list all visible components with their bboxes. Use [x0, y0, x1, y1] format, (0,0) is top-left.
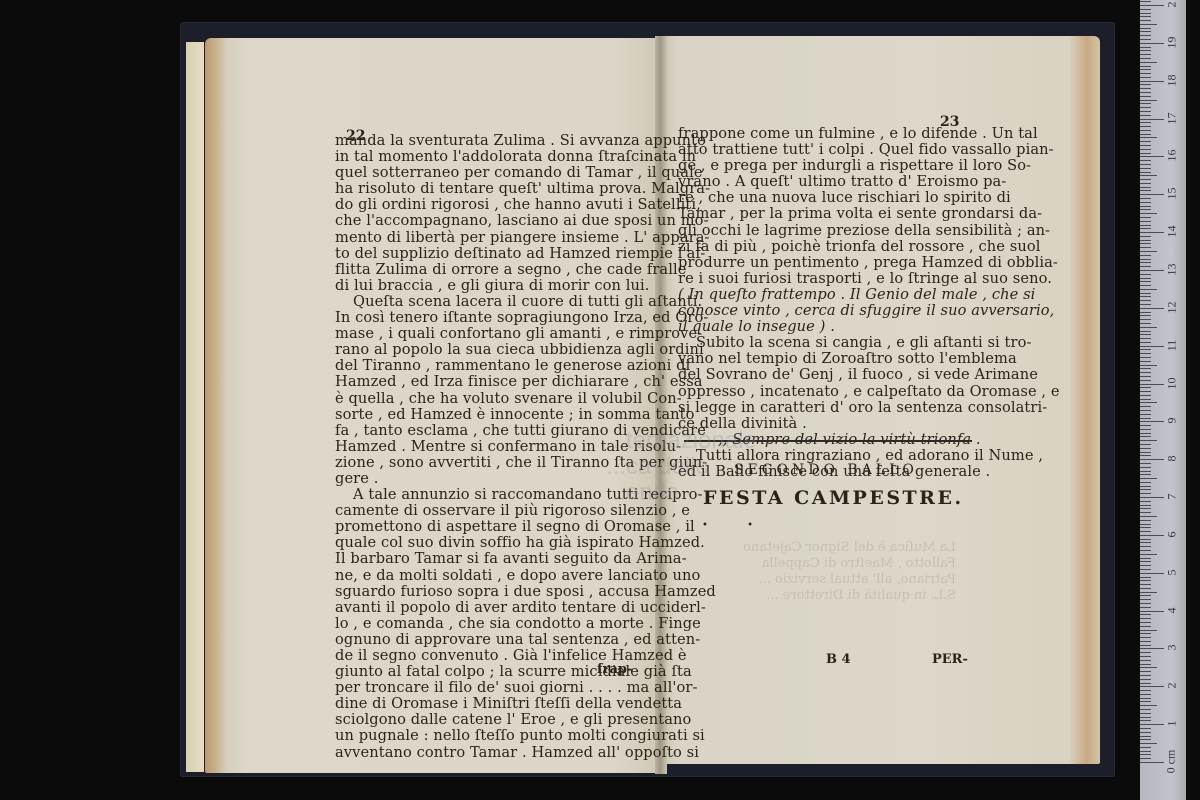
ruler-tick — [1140, 111, 1151, 112]
ruler-tick — [1140, 410, 1151, 411]
ruler-tick — [1140, 637, 1151, 638]
text-line: zione , sono avvertiti , che il Tiranno … — [335, 455, 641, 471]
ruler-tick — [1140, 384, 1164, 385]
ruler-tick — [1140, 535, 1164, 536]
text-line: avanti il popolo di aver ardito tentare … — [335, 600, 641, 616]
ruler-tick — [1140, 577, 1151, 578]
ruler-tick — [1140, 429, 1151, 430]
ruler-tick — [1140, 660, 1151, 661]
ruler-tick — [1140, 134, 1151, 135]
ruler-tick — [1140, 505, 1151, 506]
ruler-tick — [1140, 236, 1151, 237]
ruler-tick — [1140, 569, 1151, 570]
text-line: di lui braccia , e gli giura di morir co… — [335, 278, 641, 294]
ruler-tick — [1140, 754, 1151, 755]
text-line: del Sovrano de' Genj , il fuoco , si ved… — [678, 367, 974, 383]
text-line: vrano . A queſt' ultimo tratto d' Eroism… — [678, 174, 974, 190]
ruler-tick — [1140, 327, 1157, 328]
ruler-tick — [1140, 618, 1151, 619]
text-line: è quella , che ha voluto svenare il volu… — [335, 391, 641, 407]
ruler-tick — [1140, 595, 1151, 596]
ruler-tick — [1140, 414, 1151, 415]
ruler-tick — [1140, 137, 1157, 138]
text-line: sguardo furioso sopra i due sposi , accu… — [335, 584, 641, 600]
ruler-tick — [1140, 607, 1151, 608]
ruler-tick — [1140, 664, 1151, 665]
ruler-label: 4 — [1165, 600, 1180, 620]
text-line: ( In queſto frattempo . Il Genio del mal… — [678, 287, 974, 303]
ruler-tick — [1140, 24, 1157, 25]
measurement-ruler: 0 cm123456789101112131415161718192 — [1140, 0, 1186, 800]
ruler-tick — [1140, 758, 1151, 759]
ruler-tick — [1140, 289, 1157, 290]
ruler-tick — [1140, 406, 1151, 407]
ruler-label: 18 — [1165, 70, 1180, 90]
text-line: do gli ordini rigorosi , che hanno avuti… — [335, 197, 641, 213]
text-line: conosce vinto , cerca di sfuggire il suo… — [678, 303, 974, 319]
ruler-tick — [1140, 501, 1151, 502]
ruler-tick — [1140, 43, 1164, 44]
text-line: promettono di aspettare il segno di Orom… — [335, 519, 641, 535]
ruler-label: 15 — [1165, 184, 1180, 204]
section-subtitle: SECONDO BALLO — [734, 462, 918, 478]
left-page-body: manda la sventurata Zulima . Si avvanza … — [335, 133, 641, 761]
left-catchword: frap- — [597, 662, 632, 677]
ruler-tick — [1140, 183, 1151, 184]
ruler-tick — [1140, 520, 1151, 521]
ruler-tick — [1140, 319, 1151, 320]
ruler-tick — [1140, 580, 1151, 581]
ruler-tick — [1140, 645, 1151, 646]
ruler-tick — [1140, 16, 1151, 17]
ruler-tick — [1140, 293, 1151, 294]
text-line: avventano contro Tamar . Hamzed all' opp… — [335, 745, 641, 761]
ruler-tick — [1140, 281, 1151, 282]
ruler-tick — [1140, 561, 1151, 562]
ruler-tick — [1140, 425, 1151, 426]
text-line: giunto al fatal colpo ; la scurre micidi… — [335, 664, 641, 680]
ruler-tick — [1140, 20, 1151, 21]
ruler-tick — [1140, 172, 1151, 173]
ruler-tick — [1140, 720, 1151, 721]
text-line: flitta Zulima di orrore a segno , che ca… — [335, 262, 641, 278]
ruler-tick — [1140, 486, 1151, 487]
ruler-tick — [1140, 527, 1151, 528]
ruler-tick — [1140, 558, 1151, 559]
ruler-tick — [1140, 455, 1151, 456]
ruler-tick — [1140, 206, 1151, 207]
ruler-tick — [1140, 149, 1151, 150]
ruler-tick — [1140, 209, 1151, 210]
text-line: sorte , ed Hamzed è innocente ; in somma… — [335, 407, 641, 423]
ruler-tick — [1140, 508, 1151, 509]
text-line: del Tiranno , rammentano le generose azi… — [335, 358, 641, 374]
ruler-tick — [1140, 399, 1151, 400]
ruler-tick — [1140, 130, 1151, 131]
ruler-label: 10 — [1165, 373, 1180, 393]
ruler-tick — [1140, 194, 1164, 195]
show-through-text: La Muſica è del Signor Cajetano Fallotto… — [696, 540, 956, 640]
ruler-tick — [1140, 512, 1151, 513]
ruler-tick — [1140, 266, 1151, 267]
ruler-tick — [1140, 690, 1151, 691]
ruler-tick — [1140, 614, 1151, 615]
ruler-tick — [1140, 599, 1151, 600]
text-line: camente di osservare il più rigoroso sil… — [335, 503, 641, 519]
ruler-tick — [1140, 312, 1151, 313]
ruler-tick — [1140, 153, 1151, 154]
ruler-tick — [1140, 539, 1151, 540]
ruler-tick — [1140, 467, 1151, 468]
ruler-tick — [1140, 630, 1157, 631]
ruler-tick — [1140, 709, 1151, 710]
text-line: Queſta scena lacera il cuore di tutti gl… — [335, 294, 641, 310]
ruler-tick — [1140, 50, 1151, 51]
text-line: si legge in caratteri d' oro la sentenza… — [678, 400, 974, 416]
text-line: In così tenero iſtante sopragiungono Irz… — [335, 310, 641, 326]
ruler-tick — [1140, 372, 1151, 373]
ruler-tick — [1140, 402, 1157, 403]
ruler-tick — [1140, 251, 1157, 252]
ruler-tick — [1140, 304, 1151, 305]
ruler-label: 9 — [1165, 411, 1180, 431]
ruler-label: 3 — [1165, 638, 1180, 658]
ruler-tick — [1140, 96, 1151, 97]
text-line: che l'accompagnano, lasciano ai due spos… — [335, 213, 641, 229]
ruler-tick — [1140, 308, 1164, 309]
text-line: re i suoi furiosi trasporti , e lo ſtrin… — [678, 271, 974, 287]
ruler-tick — [1140, 213, 1157, 214]
ruler-tick — [1140, 247, 1151, 248]
ruler-tick — [1140, 565, 1151, 566]
ruler-tick — [1140, 436, 1151, 437]
ruler-tick — [1140, 679, 1151, 680]
ruler-tick — [1140, 13, 1151, 14]
text-line: quale col suo divin soffio ha già ispira… — [335, 535, 641, 551]
ruler-tick — [1140, 452, 1151, 453]
ruler-tick — [1140, 331, 1151, 332]
text-line: gli occhi le lagrime preziose della sens… — [678, 223, 974, 239]
ruler-tick — [1140, 516, 1157, 517]
ruler-tick — [1140, 73, 1151, 74]
text-line: per troncare il filo de' suoi giorni . .… — [335, 680, 641, 696]
text-line: ha risoluto di tentare queſt' ultima pro… — [335, 181, 641, 197]
text-line: de il segno convenuto . Già l'infelice H… — [335, 648, 641, 664]
text-line: Il barbaro Tamar si fa avanti seguito da… — [335, 551, 641, 567]
ruler-tick — [1140, 160, 1151, 161]
ruler-tick — [1140, 747, 1151, 748]
ruler-tick — [1140, 361, 1151, 362]
ruler-tick — [1140, 546, 1151, 547]
ruler-tick — [1140, 448, 1151, 449]
right-catchword: PER- — [932, 652, 968, 667]
text-line: fa , tanto esclama , che tutti giurano d… — [335, 423, 641, 439]
ruler-tick — [1140, 641, 1151, 642]
ruler-tick — [1140, 493, 1151, 494]
ruler-tick — [1140, 278, 1151, 279]
ruler-label: 5 — [1165, 562, 1180, 582]
ruler-tick — [1140, 81, 1164, 82]
ruler-tick — [1140, 368, 1151, 369]
text-line: mento di libertà per piangere insieme . … — [335, 230, 641, 246]
text-line: to del supplizio deſtinato ad Hamzed rie… — [335, 246, 641, 262]
ruler-tick — [1140, 296, 1151, 297]
ruler-tick — [1140, 459, 1164, 460]
ruler-tick — [1140, 705, 1157, 706]
ruler-tick — [1140, 179, 1151, 180]
ruler-tick — [1140, 717, 1151, 718]
ruler-tick — [1140, 145, 1151, 146]
ruler-label: 17 — [1165, 108, 1180, 128]
ruler-tick — [1140, 474, 1151, 475]
ruler-tick — [1140, 444, 1151, 445]
ornament-dots: • • — [702, 520, 771, 531]
ruler-tick — [1140, 603, 1151, 604]
text-line: ge , e prega per indurgli a rispettare i… — [678, 158, 974, 174]
ruler-tick — [1140, 626, 1151, 627]
text-line: vano nel tempio di Zoroaſtro sotto l'emb… — [678, 351, 974, 367]
ruler-tick — [1140, 346, 1164, 347]
ruler-tick — [1140, 622, 1151, 623]
ruler-tick — [1140, 592, 1157, 593]
ruler-label: 2 — [1165, 0, 1180, 15]
ruler-tick — [1140, 217, 1151, 218]
text-line: quel sotterraneo per comando di Tamar , … — [335, 165, 641, 181]
text-line: rano al popolo la sua cieca ubbidienza a… — [335, 342, 641, 358]
ruler-tick — [1140, 667, 1157, 668]
ruler-label: 11 — [1165, 335, 1180, 355]
ruler-tick — [1140, 9, 1151, 10]
ruler-tick — [1140, 724, 1164, 725]
ruler-tick — [1140, 202, 1151, 203]
text-line: il quale lo insegue ) . — [678, 319, 974, 335]
text-line: Subito la scena si cangia , e gli aſtant… — [678, 335, 974, 351]
ruler-tick — [1140, 1, 1151, 2]
ruler-tick — [1140, 156, 1164, 157]
text-line: dine di Oromase i Miniſtri ſteſſi della … — [335, 696, 641, 712]
text-line: mase , i quali confortano gli amanti , e… — [335, 326, 641, 342]
ruler-tick — [1140, 35, 1151, 36]
text-line: oppresso , incatenato , e calpeſtato da … — [678, 384, 974, 400]
ruler-tick — [1140, 482, 1151, 483]
ruler-tick — [1140, 584, 1151, 585]
ruler-tick — [1140, 168, 1151, 169]
ruler-tick — [1140, 103, 1151, 104]
ruler-tick — [1140, 683, 1151, 684]
ruler-tick — [1140, 187, 1151, 188]
ruler-label: 2 — [1165, 676, 1180, 696]
ruler-tick — [1140, 62, 1157, 63]
ruler-tick — [1140, 77, 1151, 78]
ruler-tick — [1140, 365, 1157, 366]
ruler-tick — [1140, 736, 1151, 737]
ruler-tick — [1140, 47, 1151, 48]
ruler-tick — [1140, 100, 1157, 101]
text-line: sciolgono dalle catene l' Eroe , e gli p… — [335, 712, 641, 728]
ruler-tick — [1140, 440, 1157, 441]
text-line: frappone come un fulmine , e lo difende … — [678, 126, 974, 142]
ruler-tick — [1140, 376, 1151, 377]
ruler-tick — [1140, 274, 1151, 275]
ruler-tick — [1140, 190, 1151, 191]
text-line: re , che una nuova luce rischiari lo spi… — [678, 190, 974, 206]
ruler-tick — [1140, 84, 1151, 85]
ruler-tick — [1140, 554, 1157, 555]
ruler-tick — [1140, 338, 1151, 339]
ruler-tick — [1140, 686, 1164, 687]
ruler-tick — [1140, 743, 1157, 744]
ruler-tick — [1140, 633, 1151, 634]
ruler-tick — [1140, 353, 1151, 354]
ruler-tick — [1140, 39, 1151, 40]
text-line: A tale annunzio si raccomandano tutti re… — [335, 487, 641, 503]
ruler-tick — [1140, 652, 1151, 653]
signature-mark: B 4 — [826, 652, 851, 667]
ruler-label: 14 — [1165, 222, 1180, 242]
ruler-tick — [1140, 418, 1151, 419]
ruler-tick — [1140, 648, 1164, 649]
ruler-tick — [1140, 531, 1151, 532]
ruler-tick — [1140, 588, 1151, 589]
ruler-tick — [1140, 126, 1151, 127]
ruler-tick — [1140, 255, 1151, 256]
text-line: produrre un pentimento , prega Hamzed di… — [678, 255, 974, 271]
ruler-tick — [1140, 88, 1151, 89]
ruler-tick — [1140, 751, 1151, 752]
ruler-tick — [1140, 656, 1151, 657]
ruler-tick — [1140, 713, 1151, 714]
ruler-tick — [1140, 542, 1151, 543]
ruler-tick — [1140, 270, 1164, 271]
ruler-tick — [1140, 380, 1151, 381]
text-line: zi fa di più , poichè trionfa del rossor… — [678, 239, 974, 255]
ruler-tick — [1140, 58, 1151, 59]
ruler-tick — [1140, 285, 1151, 286]
ruler-tick — [1140, 611, 1164, 612]
ruler-tick — [1140, 675, 1151, 676]
ruler-label: 8 — [1165, 449, 1180, 469]
ruler-tick — [1140, 342, 1151, 343]
ruler-label: 6 — [1165, 524, 1180, 544]
text-line: Hamzed , ed Irza finisce per dichiarare … — [335, 374, 641, 390]
ruler-tick — [1140, 5, 1164, 6]
ruler-tick — [1140, 198, 1151, 199]
ruler-tick — [1140, 259, 1151, 260]
ruler-tick — [1140, 54, 1151, 55]
text-line: un pugnale : nello ſteſſo punto molti co… — [335, 728, 641, 744]
page-edges — [186, 42, 204, 772]
ruler-tick — [1140, 739, 1151, 740]
ruler-label: 7 — [1165, 487, 1180, 507]
archive-watermark: ...ternazionale ...ca dello ...enda — [606, 428, 757, 506]
ruler-tick — [1140, 334, 1151, 335]
ruler-tick — [1140, 92, 1151, 93]
ruler-tick — [1140, 315, 1151, 316]
ruler-tick — [1140, 698, 1151, 699]
ruler-label: 13 — [1165, 259, 1180, 279]
ruler-tick — [1140, 115, 1151, 116]
text-line: in tal momento l'addolorata donna ſtraſc… — [335, 149, 641, 165]
ruler-tick — [1140, 349, 1151, 350]
text-line: ognuno di approvare una tal sentenza , e… — [335, 632, 641, 648]
ruler-tick — [1140, 732, 1151, 733]
ruler-tick — [1140, 701, 1151, 702]
ruler-tick — [1140, 300, 1151, 301]
ruler-tick — [1140, 164, 1151, 165]
text-line: Tamar , per la prima volta ei sente gron… — [678, 206, 974, 222]
ruler-tick — [1140, 119, 1164, 120]
ruler-tick — [1140, 762, 1164, 763]
ruler-label: 19 — [1165, 32, 1180, 52]
text-line: atto trattiene tutt' i colpi . Quel fido… — [678, 142, 974, 158]
ruler-tick — [1140, 122, 1151, 123]
ruler-tick — [1140, 433, 1151, 434]
ruler-label: 12 — [1165, 297, 1180, 317]
ruler-tick — [1140, 391, 1151, 392]
ruler-tick — [1140, 728, 1151, 729]
ruler-tick — [1140, 240, 1151, 241]
ruler-tick — [1140, 671, 1151, 672]
ruler-tick — [1140, 524, 1151, 525]
ruler-tick — [1140, 107, 1151, 108]
ruler-label: 1 — [1165, 714, 1180, 734]
ruler-label: 0 cm — [1164, 745, 1179, 779]
text-line: manda la sventurata Zulima . Si avvanza … — [335, 133, 641, 149]
ruler-tick — [1140, 478, 1157, 479]
ruler-tick — [1140, 387, 1151, 388]
ruler-tick — [1140, 573, 1164, 574]
text-line: lo , e comanda , che sia condotto a mort… — [335, 616, 641, 632]
text-line: ne, e da molti soldati , e dopo avere la… — [335, 568, 641, 584]
text-line: gere . — [335, 471, 641, 487]
ruler-tick — [1140, 232, 1164, 233]
ruler-tick — [1140, 141, 1151, 142]
ruler-tick — [1140, 471, 1151, 472]
ruler-tick — [1140, 28, 1151, 29]
ruler-tick — [1140, 550, 1151, 551]
ruler-tick — [1140, 395, 1151, 396]
ruler-tick — [1140, 463, 1151, 464]
ruler-tick — [1140, 694, 1151, 695]
ruler-tick — [1140, 497, 1164, 498]
ruler-tick — [1140, 357, 1151, 358]
ruler-tick — [1140, 66, 1151, 67]
ruler-tick — [1140, 69, 1151, 70]
ruler-tick — [1140, 221, 1151, 222]
ruler-tick — [1140, 262, 1151, 263]
text-line: Hamzed . Mentre si confermano in tale ri… — [335, 439, 641, 455]
ruler-tick — [1140, 175, 1157, 176]
ruler-tick — [1140, 489, 1151, 490]
ruler-tick — [1140, 421, 1164, 422]
ruler-tick — [1140, 243, 1151, 244]
ruler-tick — [1140, 323, 1151, 324]
ruler-label: 16 — [1165, 146, 1180, 166]
ruler-tick — [1140, 228, 1151, 229]
ruler-tick — [1140, 31, 1151, 32]
ruler-tick — [1140, 225, 1151, 226]
